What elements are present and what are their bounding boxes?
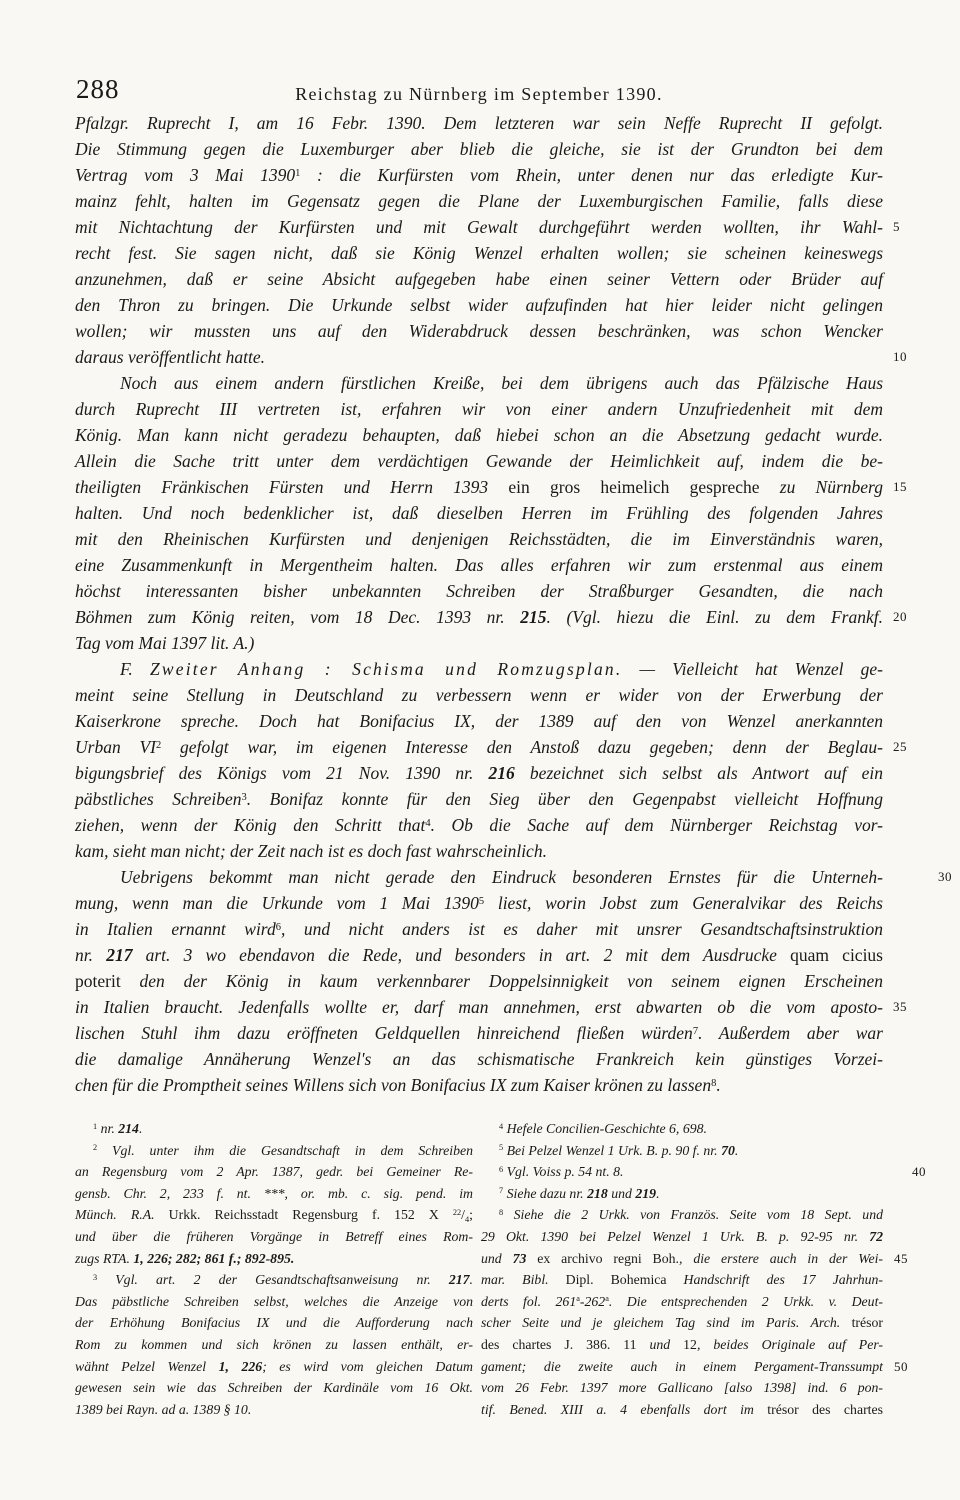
text-segment: 219 (635, 1186, 656, 1201)
body-text-line: Tag vom Mai 1397 lit. A.) (75, 630, 883, 656)
body-text-line: mit den Rheinischen Kurfürsten und denje… (75, 526, 883, 552)
body-text-line: recht fest. Sie sagen nicht, daß sie Kön… (75, 240, 883, 266)
text-segment: eine Zusammenkunft in Mergentheim halten… (75, 555, 883, 575)
text-segment: meint seine Stellung in Deutschland zu v… (75, 685, 883, 705)
body-text-line: mainz fehlt, halten im Gegensatz gegen d… (75, 188, 883, 214)
footnote-line: Das päbstliche Schreiben selbst, welches… (75, 1291, 473, 1313)
footnotes-left-column: 1 nr. 214.2 Vgl. unter ihm die Gesandtsc… (75, 1118, 473, 1420)
text-segment: und (650, 1337, 671, 1352)
text-segment: 12 (670, 1337, 697, 1352)
text-segment: 1389 bei Rayn. ad a. 1389 § 10. (75, 1402, 251, 1417)
text-segment: Siehe dazu nr. (503, 1186, 587, 1201)
body-text-line: Uebrigens bekommt man nicht gerade den E… (75, 864, 883, 890)
footnote-line: 1 nr. 214. (75, 1118, 473, 1140)
text-segment: . (Vgl. hiezu die Einl. zu dem Frankf. (547, 607, 883, 627)
text-segment: chen für die Promptheit seines Willens s… (75, 1075, 711, 1095)
text-segment: Siehe die 2 Urkk. von Französ. Seite vom… (503, 1207, 883, 1222)
footnote-line: gament; die zweite auch in einem Pergame… (481, 1356, 883, 1378)
footnote-reference: 3 (93, 1273, 97, 1282)
text-segment: Bei Pelzel Wenzel 1 Urk. B. p. 90 f. nr. (503, 1143, 721, 1158)
footnote-reference: 8 (499, 1208, 503, 1217)
body-text-line: ziehen, wenn der König den Schritt that4… (75, 812, 883, 838)
text-segment: wollen; wir mussten uns auf den Widerabd… (75, 321, 883, 341)
text-segment: und (481, 1251, 513, 1266)
margin-line-number: 35 (893, 994, 907, 1020)
footnote-reference: 2 (156, 740, 161, 751)
footnote-line: Münch. R.A. Urkk. Reichsstadt Regensburg… (75, 1204, 473, 1226)
text-segment: mar. Bibl. (481, 1272, 566, 1287)
footnote-line: mar. Bibl. Dipl. Bohemica Handschrift de… (481, 1269, 883, 1291)
footnote-reference: a (576, 1294, 580, 1303)
text-segment: höchst interessanten bisher unbekannten … (75, 581, 883, 601)
footnote-line: 8 Siehe die 2 Urkk. von Französ. Seite v… (481, 1204, 883, 1226)
margin-line-number: 30 (893, 864, 952, 890)
text-segment: recht fest. Sie sagen nicht, daß sie Kön… (75, 243, 883, 263)
margin-line-number: 10 (893, 344, 907, 370)
running-title: Reichstag zu Nürnberg im September 1390. (75, 84, 883, 105)
text-segment: durch Ruprecht III vertreten ist, erfahr… (75, 399, 883, 419)
body-text-line: höchst interessanten bisher unbekannten … (75, 578, 883, 604)
text-segment: päbstliches Schreiben (75, 789, 242, 809)
text-segment: in Italien ernannt wird (75, 919, 276, 939)
footnote-line: an Regensburg vom 2 Apr. 1387, gedr. bei… (75, 1161, 473, 1183)
body-text-line: Vertrag vom 3 Mai 13901 : die Kurfürsten… (75, 162, 883, 188)
text-segment: derts fol. 261 (481, 1294, 576, 1309)
text-segment: gensb. Chr. 2, 233 f. nt. ***, or. mb. c… (75, 1186, 473, 1201)
body-text-line: lischen Stuhl ihm dazu eröffneten Geldqu… (75, 1020, 883, 1046)
body-text-line: König. Man kann nicht geradezu behaupten… (75, 422, 883, 448)
text-segment: : die Kurfürsten vom Rhein, unter denen … (300, 165, 883, 185)
text-segment: König. Man kann nicht geradezu behaupten… (75, 425, 883, 445)
footnote-reference: 5 (479, 896, 484, 907)
text-segment: mit Nichtachtung der Kurfürsten und mit … (75, 217, 883, 237)
footnote-reference: 7 (499, 1186, 503, 1195)
text-segment: zu Nürnberg (760, 477, 883, 497)
body-text-line: durch Ruprecht III vertreten ist, erfahr… (75, 396, 883, 422)
footnote-line: des chartes J. 386. 11 und 12, beides Or… (481, 1334, 883, 1356)
text-segment: 72 (869, 1229, 883, 1244)
body-text-line: meint seine Stellung in Deutschland zu v… (75, 682, 883, 708)
margin-line-number: 45 (894, 1248, 908, 1270)
text-segment: Kaiserkrone spreche. Doch hat Bonifacius… (75, 711, 883, 731)
text-segment: anzunehmen, daß er seine Absicht aufgege… (75, 269, 883, 289)
footnotes-right-column: 4 Hefele Concilien-Geschichte 6, 698.5 B… (481, 1118, 883, 1420)
footnote-line: tif. Bened. XIII a. 4 ebenfalls dort im … (481, 1399, 883, 1421)
body-text-line: theiligten Fränkischen Fürsten und Herrn… (75, 474, 883, 500)
text-segment (526, 1251, 537, 1266)
footnote-line: 3 Vgl. art. 2 der Gesandtschaftsanweisun… (75, 1269, 473, 1291)
body-text-line: Pfalzgr. Ruprecht I, am 16 Febr. 1390. D… (75, 110, 883, 136)
text-segment: zugs RTA. (75, 1251, 133, 1266)
footnote-line: und 73 ex archivo regni Boh., die erster… (481, 1248, 883, 1270)
text-segment: Die Stimmung gegen die Luxemburger aber … (75, 139, 883, 159)
text-segment: den Thron zu bringen. Die Urkunde selbst… (75, 295, 883, 315)
body-text-line: mit Nichtachtung der Kurfürsten und mit … (75, 214, 883, 240)
text-segment: bigungsbrief des Königs vom 21 Nov. 1390… (75, 763, 489, 783)
text-segment: ein gros heimelich gespreche (508, 477, 759, 497)
margin-line-number: 20 (893, 604, 907, 630)
text-segment: Dipl. Bohemica (566, 1272, 667, 1287)
text-segment: Urkk. Reichsstadt Regensburg f. 152 X (169, 1207, 453, 1222)
body-text-line: anzunehmen, daß er seine Absicht aufgege… (75, 266, 883, 292)
text-segment: Rom zu kommen und sich krönen zu lassen … (75, 1337, 473, 1352)
text-segment: . (716, 1075, 720, 1095)
text-segment: 29 Okt. 1390 bei Pelzel Wenzel 1 Urk. B.… (481, 1229, 869, 1244)
footnote-reference: 3 (242, 792, 247, 803)
text-segment: mainz fehlt, halten im Gegensatz gegen d… (75, 191, 883, 211)
text-segment: poterit (75, 971, 121, 991)
text-segment: die damalige Annäherung Wenzel's an das … (75, 1049, 883, 1069)
text-segment: . (656, 1186, 659, 1201)
text-segment: F. (120, 659, 150, 679)
text-segment: 216 (489, 763, 515, 783)
text-segment: der Erhöhung Bonifacius IX und die Auffo… (75, 1315, 473, 1330)
body-text-line: in Italien braucht. Jedenfalls wollte er… (75, 994, 883, 1020)
text-segment: — Vielleicht hat Wenzel ge- (622, 659, 883, 679)
text-segment: quam cicius (790, 945, 883, 965)
text-segment: Vgl. Voiss p. 54 nt. 8. (503, 1164, 623, 1179)
text-segment: 217 (106, 945, 132, 965)
text-segment: Münch. R.A. (75, 1207, 169, 1222)
footnote-line: 5 Bei Pelzel Wenzel 1 Urk. B. p. 90 f. n… (481, 1140, 883, 1162)
margin-line-number: 5 (893, 214, 900, 240)
text-segment: in Italien braucht. Jedenfalls wollte er… (75, 997, 883, 1017)
text-segment: . (470, 1272, 473, 1287)
footnote-line: und über die früheren Vorgänge in Betref… (75, 1226, 473, 1248)
footnote-line: 6 Vgl. Voiss p. 54 nt. 8.40 (481, 1161, 883, 1183)
body-text-line: Allein die Sache tritt unter dem verdäch… (75, 448, 883, 474)
body-text-line: eine Zusammenkunft in Mergentheim halten… (75, 552, 883, 578)
text-segment: Das päbstliche Schreiben selbst, welches… (75, 1294, 473, 1309)
margin-line-number: 50 (894, 1356, 908, 1378)
body-text-line: die damalige Annäherung Wenzel's an das … (75, 1046, 883, 1072)
text-segment: bezeichnet sich selbst als Antwort auf e… (515, 763, 883, 783)
text-segment: an Regensburg vom 2 Apr. 1387, gedr. bei… (75, 1164, 473, 1179)
footnote-line: 7 Siehe dazu nr. 218 und 219. (481, 1183, 883, 1205)
text-segment: 1, 226; 282; 861 f.; 892-895. (133, 1251, 294, 1266)
text-segment: ziehen, wenn der König den Schritt that (75, 815, 425, 835)
text-segment: lischen Stuhl ihm dazu eröffneten Geldqu… (75, 1023, 693, 1043)
text-segment: Urban VI (75, 737, 156, 757)
footnote-line: zugs RTA. 1, 226; 282; 861 f.; 892-895. (75, 1248, 473, 1270)
text-segment: 217 (449, 1272, 470, 1287)
text-segment: 70 (721, 1143, 735, 1158)
body-text-line: den Thron zu bringen. Die Urkunde selbst… (75, 292, 883, 318)
margin-line-number: 40 (894, 1161, 926, 1183)
footnote-reference: a (605, 1294, 609, 1303)
footnote-line: scher Seite und je gleichem Tag sind im … (481, 1312, 883, 1334)
footnote-line: 2 Vgl. unter ihm die Gesandtschaft in de… (75, 1140, 473, 1162)
text-segment: mung, wenn man die Urkunde vom 1 Mai 139… (75, 893, 479, 913)
text-segment: gewesen sein wie das Schreiben der Kardi… (75, 1380, 473, 1395)
footnote-line: 29 Okt. 1390 bei Pelzel Wenzel 1 Urk. B.… (481, 1226, 883, 1248)
text-segment: Hefele Concilien-Geschichte 6, 698. (503, 1121, 707, 1136)
body-text-line: Noch aus einem andern fürstlichen Kreiße… (75, 370, 883, 396)
text-segment: des chartes J. 386. 11 (481, 1337, 650, 1352)
text-segment: 218 (587, 1186, 608, 1201)
footnote-line: Rom zu kommen und sich krönen zu lassen … (75, 1334, 473, 1356)
text-segment: . Die entsprechenden 2 Urkk. v. Deut- (609, 1294, 883, 1309)
text-segment: Noch aus einem andern fürstlichen Kreiße… (120, 373, 883, 393)
text-segment: Vgl. art. 2 der Gesandtschaftsanweisung … (97, 1272, 449, 1287)
footnote-reference: 6 (499, 1165, 503, 1174)
footnote-line: gewesen sein wie das Schreiben der Kardi… (75, 1377, 473, 1399)
text-segment: 214 (118, 1121, 139, 1136)
body-text-line: chen für die Promptheit seines Willens s… (75, 1072, 883, 1098)
scanned-book-page: 288 Reichstag zu Nürnberg im September 1… (0, 0, 960, 1500)
footnote-reference: 2 (93, 1143, 97, 1152)
footnote-reference: 4 (425, 818, 430, 829)
footnote-reference: 22 (453, 1208, 461, 1217)
footnote-reference: 6 (276, 922, 281, 933)
body-text-line: halten. Und noch bedenklicher ist, daß d… (75, 500, 883, 526)
text-segment: Tag vom Mai 1397 lit. A.) (75, 633, 254, 653)
body-text-line: daraus veröffentlicht hatte.10 (75, 344, 883, 370)
text-segment: 1, 226 (219, 1359, 263, 1374)
body-text-line: Urban VI2 gefolgt war, im eigenen Intere… (75, 734, 883, 760)
text-segment: -262 (580, 1294, 605, 1309)
footnote-line: 1389 bei Rayn. ad a. 1389 § 10. (75, 1399, 473, 1421)
text-segment: den der König in kaum verkennbarer Doppe… (121, 971, 883, 991)
body-text-line: poterit den der König in kaum verkennbar… (75, 968, 883, 994)
text-segment: gament; die zweite auch in einem Pergame… (481, 1359, 883, 1374)
footnote-line: wähnt Pelzel Wenzel 1, 226; es wird vom … (75, 1356, 473, 1378)
text-segment: , und nicht anders ist es daher mit unsr… (281, 919, 883, 939)
footnote-reference: 8 (711, 1078, 716, 1089)
body-text-line: in Italien ernannt wird6, und nicht ande… (75, 916, 883, 942)
body-text-line: Kaiserkrone spreche. Doch hat Bonifacius… (75, 708, 883, 734)
text-segment: 215 (520, 607, 546, 627)
footnote-reference: 4 (499, 1122, 503, 1131)
text-segment: gefolgt war, im eigenen Interesse den An… (161, 737, 883, 757)
text-segment: Uebrigens bekommt man nicht gerade den E… (120, 867, 883, 887)
text-segment: tif. Bened. XIII a. 4 ebenfalls dort im (481, 1402, 767, 1417)
footnote-line: 4 Hefele Concilien-Geschichte 6, 698. (481, 1118, 883, 1140)
text-segment: Pfalzgr. Ruprecht I, am 16 Febr. 1390. D… (75, 113, 883, 133)
text-segment: scher Seite und je gleichem Tag sind im … (481, 1315, 852, 1330)
text-segment: Allein die Sache tritt unter dem verdäch… (75, 451, 883, 471)
text-segment: Vertrag vom 3 Mai 1390 (75, 165, 295, 185)
text-segment: Böhmen zum König reiten, vom 18 Dec. 139… (75, 607, 520, 627)
footnote-reference: 1 (295, 168, 300, 179)
body-text-line: kam, sieht man nicht; der Zeit nach ist … (75, 838, 883, 864)
body-text-line: Die Stimmung gegen die Luxemburger aber … (75, 136, 883, 162)
text-segment: Handschrift des 17 Jahrhun- (667, 1272, 883, 1287)
text-segment: ; (469, 1207, 473, 1222)
text-segment: vom 26 Febr. 1397 more Gallicano [also 1… (481, 1380, 883, 1395)
text-segment: . Bonifaz konnte für den Sieg über den G… (247, 789, 883, 809)
margin-line-number: 25 (893, 734, 907, 760)
text-segment: kam, sieht man nicht; der Zeit nach ist … (75, 841, 547, 861)
text-segment: trésor (852, 1315, 883, 1330)
text-segment: liest, worin Jobst zum Generalvikar des … (484, 893, 883, 913)
text-segment: . Ob die Sache auf dem Nürnberger Reichs… (431, 815, 883, 835)
body-text-line: wollen; wir mussten uns auf den Widerabd… (75, 318, 883, 344)
footnote-reference: 5 (499, 1143, 503, 1152)
body-text-line: F. Zweiter Anhang : Schisma und Romzugsp… (75, 656, 883, 682)
body-text-line: nr. 217 art. 3 wo ebendavon die Rede, un… (75, 942, 883, 968)
body-text-line: bigungsbrief des Königs vom 21 Nov. 1390… (75, 760, 883, 786)
text-segment: , die erstere auch in der Wei- (679, 1251, 883, 1266)
text-segment: art. 3 wo ebendavon die Rede, und besond… (132, 945, 790, 965)
footnote-line: vom 26 Febr. 1397 more Gallicano [also 1… (481, 1377, 883, 1399)
text-segment: Zweiter Anhang : Schisma und Romzugsplan… (150, 659, 623, 679)
footnote-line: gensb. Chr. 2, 233 f. nt. ***, or. mb. c… (75, 1183, 473, 1205)
text-segment: ; es wird vom gleichen Datum (262, 1359, 473, 1374)
text-segment: theiligten Fränkischen Fürsten und Herrn… (75, 477, 508, 497)
text-segment: Vgl. unter ihm die Gesandtschaft in dem … (97, 1143, 473, 1158)
footnote-line: derts fol. 261a-262a. Die entsprechenden… (481, 1291, 883, 1313)
text-segment: . (735, 1143, 738, 1158)
margin-line-number: 15 (893, 474, 907, 500)
text-segment: wähnt Pelzel Wenzel (75, 1359, 219, 1374)
text-segment: trésor des chartes (767, 1402, 883, 1417)
body-text-line: Böhmen zum König reiten, vom 18 Dec. 139… (75, 604, 883, 630)
text-segment: 73 (513, 1251, 527, 1266)
footnote-line: der Erhöhung Bonifacius IX und die Auffo… (75, 1312, 473, 1334)
footnote-reference: 7 (693, 1026, 698, 1037)
text-segment: daraus veröffentlicht hatte. (75, 347, 265, 367)
text-segment: . Außerdem aber war (698, 1023, 883, 1043)
text-segment: halten. Und noch bedenklicher ist, daß d… (75, 503, 883, 523)
text-segment: ex archivo regni Boh. (537, 1251, 679, 1266)
text-segment: und (608, 1186, 636, 1201)
main-text-block: Pfalzgr. Ruprecht I, am 16 Febr. 1390. D… (75, 110, 883, 1098)
text-segment: und über die früheren Vorgänge in Betref… (75, 1229, 473, 1244)
body-text-line: päbstliches Schreiben3. Bonifaz konnte f… (75, 786, 883, 812)
text-segment: nr. (97, 1121, 118, 1136)
footnote-reference: 1 (93, 1122, 97, 1131)
body-text-line: mung, wenn man die Urkunde vom 1 Mai 139… (75, 890, 883, 916)
text-segment: 4 (465, 1215, 469, 1224)
text-segment: mit den Rheinischen Kurfürsten und denje… (75, 529, 883, 549)
text-segment: , beides Originale auf Per- (697, 1337, 883, 1352)
text-segment: . (139, 1121, 142, 1136)
text-segment: nr. (75, 945, 106, 965)
